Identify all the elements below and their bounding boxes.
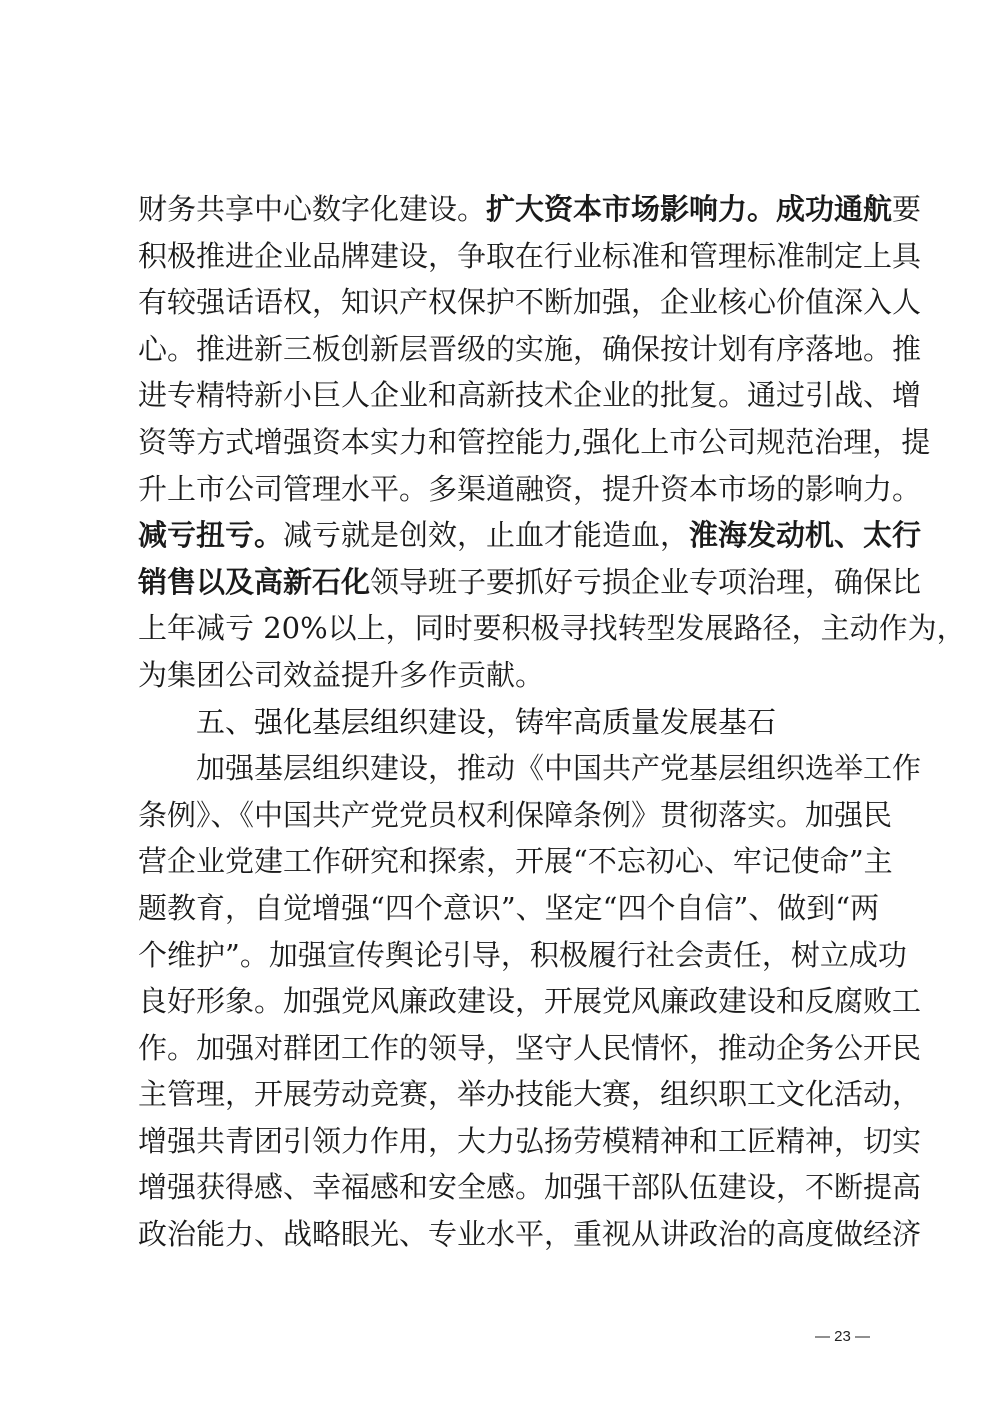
bold-phrase-companies: 淮海发动机、太行 bbox=[689, 518, 921, 552]
text-run: 财务共享中心数字化建设。 bbox=[138, 192, 486, 226]
text-run: 领导班子要抓好亏损企业专项治理，确保比 bbox=[370, 565, 921, 599]
text-line: 有较强话语权，知识产权保护不断加强，企业核心价值深入人 bbox=[138, 279, 872, 326]
text-run: 减亏就是创效，止血才能造血， bbox=[283, 518, 689, 552]
text-line: 增强获得感、幸福感和安全感。加强干部队伍建设，不断提高 bbox=[138, 1164, 872, 1211]
text-line: 条例》、《中国共产党党员权利保障条例》贯彻落实。加强民 bbox=[138, 792, 872, 839]
text-line: 个维护”。加强宣传舆论引导，积极履行社会责任，树立成功 bbox=[138, 932, 872, 979]
text-run: 升上市公司管理水平。多渠道融资，提升资本市场的影响力。 bbox=[138, 472, 921, 506]
document-page-body: 财务共享中心数字化建设。扩大资本市场影响力。成功通航要 积极推进企业品牌建设，争… bbox=[138, 186, 872, 1258]
text-line: 上年减亏 20%以上，同时要积极寻找转型发展路径，主动作为， bbox=[138, 605, 872, 652]
text-line: 减亏扭亏。减亏就是创效，止血才能造血，淮海发动机、太行 bbox=[138, 512, 872, 559]
text-line: 良好形象。加强党风廉政建设，开展党风廉政建设和反腐败工 bbox=[138, 978, 872, 1025]
text-line: 心。推进新三板创新层晋级的实施，确保按计划有序落地。推 bbox=[138, 326, 872, 373]
text-line: 主管理，开展劳动竞赛，举办技能大赛，组织职工文化活动， bbox=[138, 1071, 872, 1118]
bold-phrase-capital-market: 扩大资本市场影响力。成功通航 bbox=[486, 192, 892, 226]
text-line: 进专精特新小巨人企业和高新技术企业的批复。通过引战、增 bbox=[138, 372, 872, 419]
text-line: 加强基层组织建设，推动《中国共产党基层组织选举工作 bbox=[138, 745, 872, 792]
text-line: 积极推进企业品牌建设，争取在行业标准和管理标准制定上具 bbox=[138, 233, 872, 280]
text-run: 有较强话语权，知识产权保护不断加强，企业核心价值深入人 bbox=[138, 285, 921, 319]
text-run: 要 bbox=[892, 192, 921, 226]
page-number: — 23 — bbox=[815, 1328, 870, 1345]
text-line: 题教育，自觉增强“四个意识”、坚定“四个自信”、做到“两 bbox=[138, 885, 872, 932]
paragraph-continued: 财务共享中心数字化建设。扩大资本市场影响力。成功通航要 积极推进企业品牌建设，争… bbox=[138, 186, 872, 699]
text-line: 政治能力、战略眼光、专业水平，重视从讲政治的高度做经济 bbox=[138, 1211, 872, 1258]
text-line: 销售以及高新石化领导班子要抓好亏损企业专项治理，确保比 bbox=[138, 559, 872, 606]
text-run: 进专精特新小巨人企业和高新技术企业的批复。通过引战、增 bbox=[138, 378, 921, 412]
text-line: 财务共享中心数字化建设。扩大资本市场影响力。成功通航要 bbox=[138, 186, 872, 233]
text-run: 上年减亏 20%以上，同时要积极寻找转型发展路径，主动作为， bbox=[138, 611, 966, 645]
bold-phrase-reduce-losses: 减亏扭亏。 bbox=[138, 518, 283, 552]
section-heading: 五、强化基层组织建设，铸牢高质量发展基石 bbox=[138, 699, 872, 746]
text-line: 资等方式增强资本实力和管控能力,强化上市公司规范治理，提 bbox=[138, 419, 872, 466]
paragraph-section-5: 加强基层组织建设，推动《中国共产党基层组织选举工作 条例》、《中国共产党党员权利… bbox=[138, 745, 872, 1258]
text-run: 心。推进新三板创新层晋级的实施，确保按计划有序落地。推 bbox=[138, 332, 921, 366]
text-line: 升上市公司管理水平。多渠道融资，提升资本市场的影响力。 bbox=[138, 466, 872, 513]
text-line: 作。加强对群团工作的领导，坚守人民情怀，推动企务公开民 bbox=[138, 1025, 872, 1072]
text-line: 营企业党建工作研究和探索，开展“不忘初心、牢记使命”主 bbox=[138, 838, 872, 885]
text-line: 为集团公司效益提升多作贡献。 bbox=[138, 652, 872, 699]
text-line: 增强共青团引领力作用，大力弘扬劳模精神和工匠精神，切实 bbox=[138, 1118, 872, 1165]
text-run: 为集团公司效益提升多作贡献。 bbox=[138, 658, 544, 692]
text-run: 资等方式增强资本实力和管控能力,强化上市公司规范治理，提 bbox=[138, 425, 930, 459]
bold-phrase-companies-cont: 销售以及高新石化 bbox=[138, 565, 370, 599]
text-run: 积极推进企业品牌建设，争取在行业标准和管理标准制定上具 bbox=[138, 239, 921, 273]
